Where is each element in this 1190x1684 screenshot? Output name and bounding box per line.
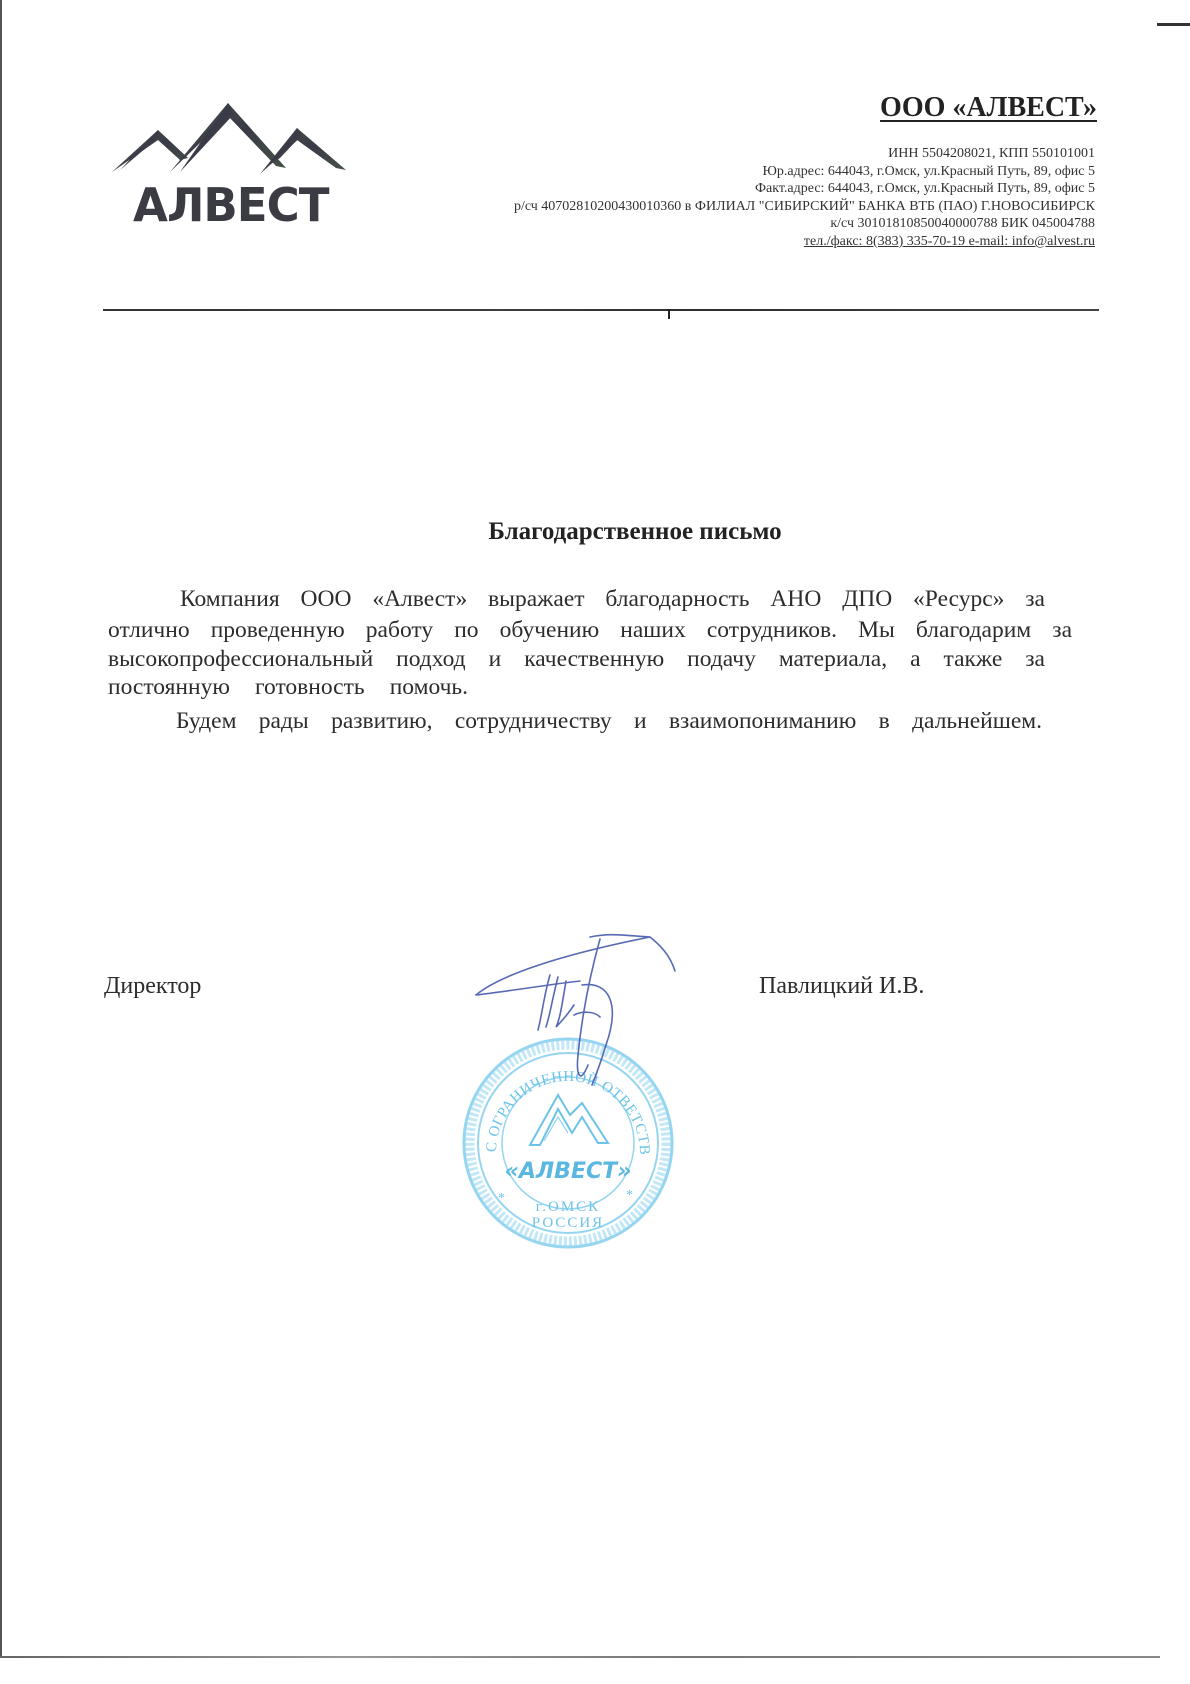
signatory-role: Директор: [104, 973, 201, 1000]
signatory-name: Павлицкий И.В.: [759, 973, 924, 1000]
scan-edge-bottom: [0, 1656, 1160, 1658]
scan-edge-left: [0, 0, 2, 1657]
requisites-inn-kpp: ИНН 5504208021, КПП 550101001: [455, 145, 1095, 163]
requisites-legal-address: Юр.адрес: 644043, г.Омск, ул.Красный Пут…: [455, 163, 1095, 181]
letter-line-1: Компания ООО «Алвест» выражает благодарн…: [180, 584, 1045, 614]
handwritten-signature: [470, 915, 690, 1095]
stamp-country-text: РОССИЯ: [458, 1215, 678, 1231]
requisites-actual-address: Факт.адрес: 644043, г.Омск, ул.Красный П…: [455, 180, 1095, 198]
letter-line-3-text: высокопрофессиональный подход и качестве…: [108, 644, 1045, 674]
header-divider-tick: [668, 309, 670, 319]
mountains-icon: [110, 96, 350, 186]
stamp-company-name: «АЛВЕСТ»: [458, 1159, 678, 1184]
letter-line-1-text: Компания ООО «Алвест» выражает благодарн…: [180, 584, 1045, 614]
requisites-contacts: тел./факс: 8(383) 335-70-19 e-mail: info…: [455, 233, 1095, 251]
letter-line-3: высокопрофессиональный подход и качестве…: [108, 644, 1045, 674]
letter-line-5-text: Будем рады развитию, сотрудничеству и вз…: [176, 706, 1042, 736]
requisites-bank-account: р/сч 40702810200430010360 в ФИЛИАЛ "СИБИ…: [455, 198, 1095, 216]
signature-icon: [470, 915, 690, 1095]
stamp-city: г.ОМСК РОССИЯ: [458, 1199, 678, 1231]
header-divider: [103, 309, 1099, 311]
company-name: ООО «АЛВЕСТ»: [880, 92, 1097, 124]
letter-line-2: отлично проведенную работу по обучению н…: [108, 615, 1072, 645]
letter-title: Благодарственное письмо: [0, 518, 1190, 546]
logo-wordmark: АЛВЕСТ: [122, 182, 340, 228]
letter-line-4: постоянную готовность помочь.: [108, 672, 468, 702]
letter-line-5: Будем рады развитию, сотрудничеству и вз…: [176, 706, 1042, 736]
scan-corner-mark: [1157, 23, 1190, 26]
stamp-city-text: г.ОМСК: [458, 1199, 678, 1215]
company-requisites: ИНН 5504208021, КПП 550101001 Юр.адрес: …: [455, 145, 1095, 251]
company-logo: АЛВЕСТ: [110, 96, 350, 231]
requisites-corr-account: к/сч 30101810850040000788 БИК 045004788: [455, 215, 1095, 233]
letter-line-2-text: отлично проведенную работу по обучению н…: [108, 615, 1072, 645]
letter-line-4-text: постоянную готовность помочь.: [108, 672, 468, 702]
